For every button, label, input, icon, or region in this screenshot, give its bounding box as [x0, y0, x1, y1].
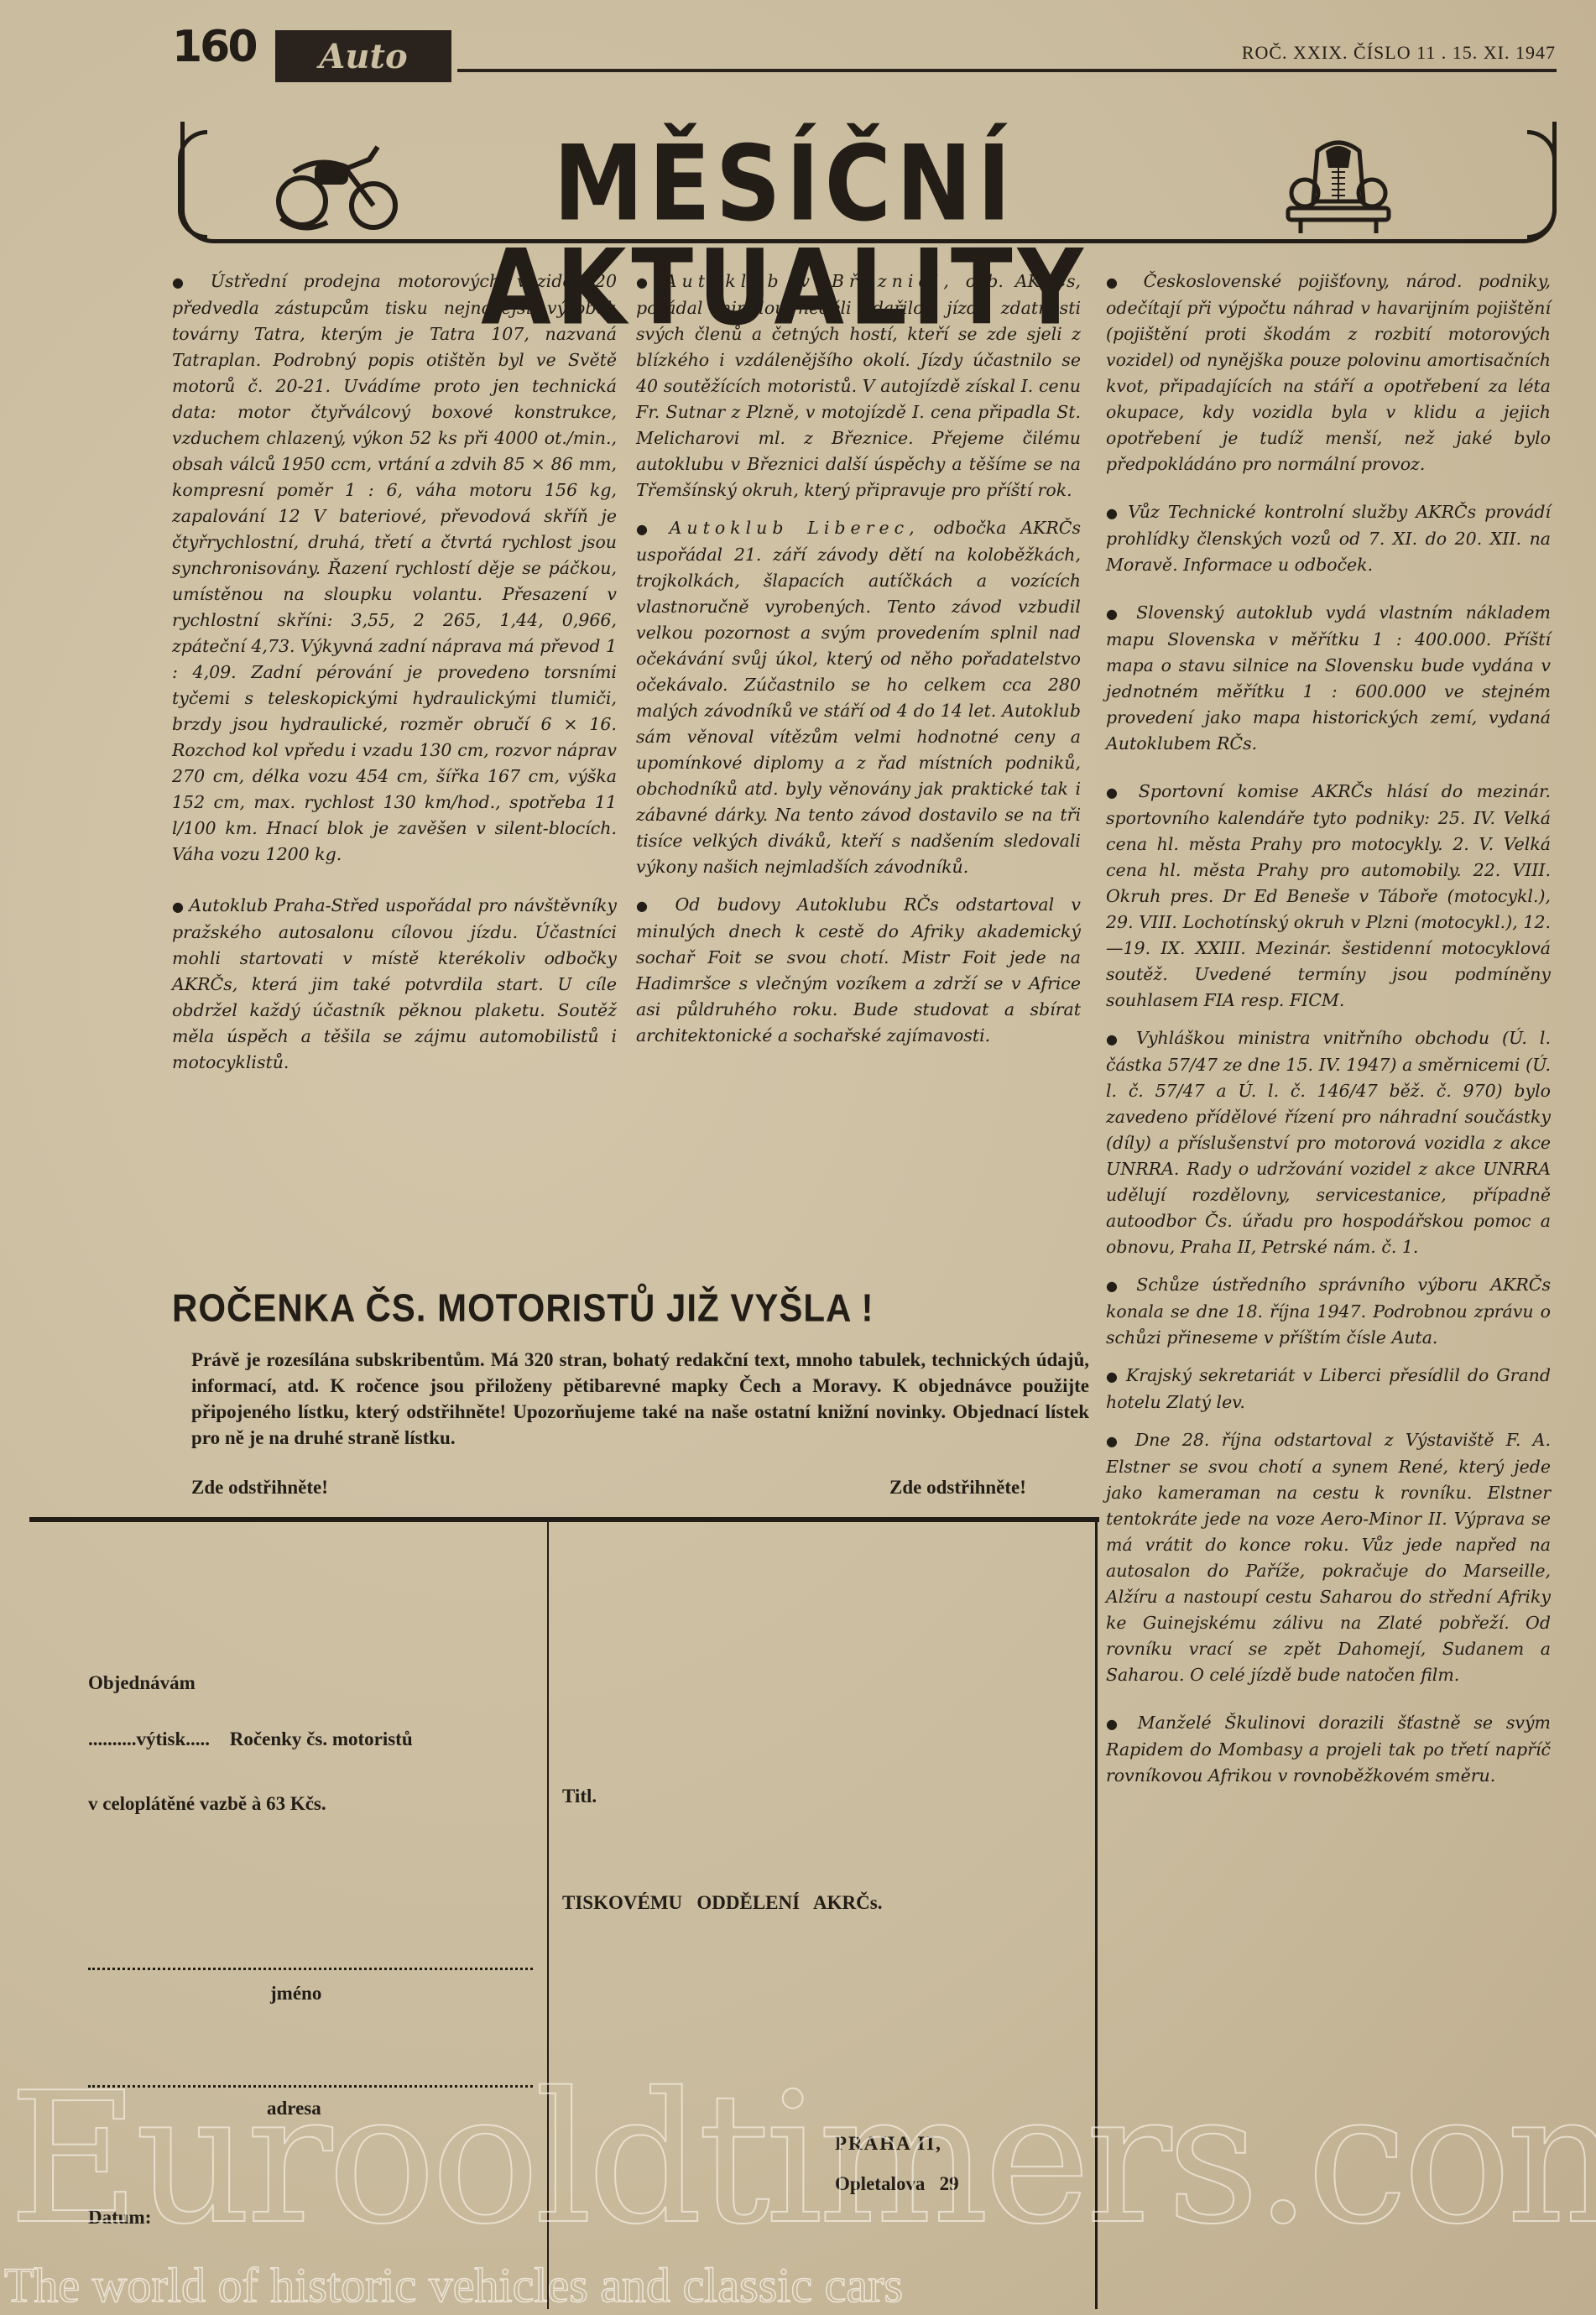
copies-word: výtisk — [137, 1728, 186, 1749]
header-rule — [457, 69, 1557, 72]
news-item-skulin: Manželé Škulinovi dorazili šťastně se sv… — [1106, 1710, 1551, 1789]
watermark-logo: Eurooldtimers.com — [8, 2068, 1596, 2249]
news-text: Od budovy Autoklubu RČs odstartoval v mi… — [636, 894, 1081, 1045]
news-item-breznice: Autoklub v Březnici, odb. AKRČs, pořádal… — [636, 269, 1081, 503]
news-item-praha-stred: Autoklub Praha-Střed uspořádal pro návšt… — [172, 893, 617, 1076]
news-lead: Autoklub v Březnici, — [665, 271, 954, 291]
page-number: 160 — [172, 25, 256, 69]
news-text: odbočka AKRČs uspořádal 21. září závody … — [636, 518, 1081, 877]
news-item-liberec: Autoklub Liberec, odbočka AKRČs uspořáda… — [636, 515, 1081, 880]
column-1: Ústřední prodejna motorových vozidel 20 … — [172, 269, 617, 1087]
watermark-tagline: The world of historic vehicles and class… — [4, 2261, 903, 2310]
banner-left-bracket — [178, 130, 207, 239]
column-2: Autoklub v Březnici, odb. AKRČs, pořádal… — [636, 269, 1081, 1061]
news-item-elstner: Dne 28. října odstartoval z Výstaviště F… — [1106, 1427, 1551, 1688]
news-item-insurance: Československé pojišťovny, národ. podnik… — [1106, 269, 1551, 477]
copies-line[interactable]: ..........výtisk..... Ročenky čs. motori… — [88, 1728, 413, 1750]
news-item-foit: Od budovy Autoklubu RČs odstartoval v mi… — [636, 892, 1081, 1049]
magazine-logo: Auto — [275, 30, 451, 82]
issue-info: ROČ. XXIX. ČÍSLO 11 . 15. XI. 1947 — [1242, 42, 1556, 64]
news-item-tatraplan: Ústřední prodejna motorových vozidel 20 … — [172, 269, 617, 868]
news-item-liberec-secretariat: Krajský sekretariát v Liberci přesídlil … — [1106, 1363, 1551, 1416]
ad-headline: ROČENKA ČS. MOTORISTŮ JIŽ VYŠLA ! — [172, 1286, 874, 1331]
name-label: jméno — [270, 1983, 321, 2005]
ad-body: Právě je rozesílána subskribentům. Má 32… — [191, 1347, 1089, 1451]
copies-dots: ..... — [185, 1728, 210, 1749]
car-icon — [1280, 134, 1397, 239]
coupon-cut-line — [29, 1517, 1099, 1522]
news-lead: Autoklub Liberec, — [670, 518, 920, 538]
yearbook-name: Ročenky čs. motoristů — [230, 1728, 413, 1749]
cut-here-right: Zde odstřihněte! — [889, 1477, 1026, 1499]
binding-price: v celoplátěné vazbě à 63 Kčs. — [88, 1793, 326, 1815]
cut-here-left: Zde odstřihněte! — [191, 1477, 328, 1499]
banner-right-bracket — [1527, 130, 1557, 239]
news-item-technical-control: Vůz Technické kontrolní služby AKRČs pro… — [1106, 499, 1551, 578]
recipient-title: Titl. — [562, 1786, 597, 1807]
name-field[interactable] — [88, 1968, 533, 1970]
recipient-department: TISKOVÉMU ODDĚLENÍ AKRČs. — [562, 1892, 882, 1914]
news-item-unrra: Vyhláškou ministra vnitřního obchodu (Ú.… — [1106, 1025, 1551, 1260]
news-item-sport-commission: Sportovní komise AKRČs hlásí do mezinár.… — [1106, 779, 1551, 1014]
news-item-slovak-map: Slovenský autoklub vydá vlastním náklade… — [1106, 600, 1551, 757]
copies-count-field[interactable]: .......... — [88, 1728, 137, 1749]
news-text: odb. AKRČs, pořádal minulou neděli zdaři… — [636, 271, 1081, 500]
column-3: Československé pojišťovny, národ. podnik… — [1106, 269, 1551, 1801]
news-item-committee: Schůze ústředního správního výboru AKRČs… — [1106, 1272, 1551, 1351]
order-label: Objednávám — [88, 1672, 196, 1694]
